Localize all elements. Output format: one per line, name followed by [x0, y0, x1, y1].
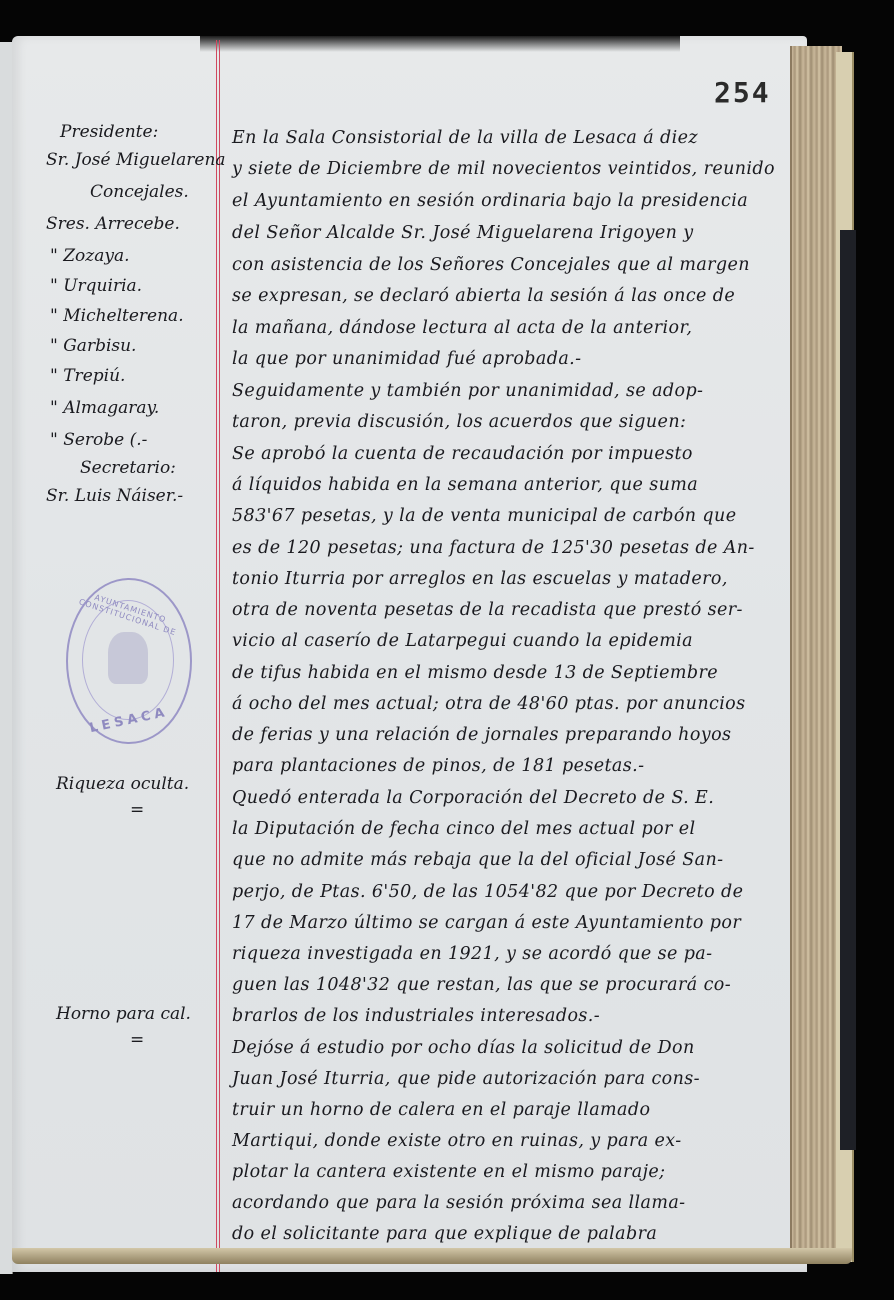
attendance-entry: Sres. Arrecebe.: [46, 214, 180, 234]
margin-note-mark: =: [130, 800, 144, 820]
attendance-entry: " Urquiria.: [50, 276, 142, 296]
margin-note-horno: Horno para cal.: [56, 1004, 191, 1024]
text-line: otra de noventa pesetas de la recadista …: [232, 600, 743, 620]
margin-rule-line-2: [219, 40, 220, 1272]
attendance-entry: Presidente:: [60, 122, 158, 142]
text-line: y siete de Diciembre de mil novecientos …: [232, 159, 775, 179]
text-line: para plantaciones de pinos, de 181 peset…: [232, 756, 644, 776]
page-curl-shadow: [200, 36, 680, 52]
margin-rule-line: [216, 40, 217, 1272]
margin-note-riqueza: Riqueza oculta.: [56, 774, 189, 794]
text-line: la Diputación de fecha cinco del mes act…: [232, 819, 695, 839]
text-line: la mañana, dándose lectura al acta de la…: [232, 318, 692, 338]
attendance-entry: " Zozaya.: [50, 246, 130, 266]
text-line: de ferias y una relación de jornales pre…: [232, 725, 731, 745]
text-line: 17 de Marzo último se cargan á este Ayun…: [232, 913, 741, 933]
stacked-page-edges: [790, 46, 842, 1254]
book-bottom-edge: [12, 1248, 852, 1264]
text-line: perjo, de Ptas. 6'50, de las 1054'82 que…: [232, 882, 743, 902]
attendance-entry: " Trepiú.: [50, 366, 125, 386]
attendance-entry: " Almagaray.: [50, 398, 159, 418]
coat-of-arms-icon: [108, 632, 148, 684]
attendance-entry: Sr. Luis Náiser.-: [46, 486, 183, 506]
text-line: el Ayuntamiento en sesión ordinaria bajo…: [232, 191, 748, 211]
text-line: que no admite más rebaja que la del ofic…: [232, 850, 723, 870]
text-line: á ocho del mes actual; otra de 48'60 pta…: [232, 694, 746, 714]
text-line: brarlos de los industriales interesados.…: [232, 1006, 600, 1026]
text-line: riqueza investigada en 1921, y se acordó…: [232, 944, 712, 964]
page-number: 254: [714, 76, 771, 109]
text-line: 583'67 pesetas, y la de venta municipal …: [232, 506, 736, 526]
text-line: Juan José Iturria, que pide autorización…: [232, 1069, 700, 1089]
book-spine-cloth: [840, 230, 856, 1150]
text-line: Martiqui, donde existe otro en ruinas, y…: [232, 1131, 682, 1151]
attendance-entry: " Serobe (.-: [50, 430, 147, 450]
text-line: la que por unanimidad fué aprobada.-: [232, 349, 581, 369]
text-line: Seguidamente y también por unanimidad, s…: [232, 381, 703, 401]
text-line: Dejóse á estudio por ocho días la solici…: [232, 1038, 695, 1058]
text-line: taron, previa discusión, los acuerdos qu…: [232, 412, 686, 432]
text-line: del Señor Alcalde Sr. José Miguelarena I…: [232, 223, 694, 243]
text-line: con asistencia de los Señores Concejales…: [232, 255, 750, 275]
text-line: se expresan, se declaró abierta la sesió…: [232, 286, 735, 306]
text-line: En la Sala Consistorial de la villa de L…: [232, 128, 698, 148]
text-line: guen las 1048'32 que restan, las que se …: [232, 975, 731, 995]
text-line: tonio Iturria por arreglos en las escuel…: [232, 569, 728, 589]
text-line: á líquidos habida en la semana anterior,…: [232, 475, 698, 495]
attendance-entry: Secretario:: [80, 458, 176, 478]
attendance-entry: " Garbisu.: [50, 336, 136, 356]
municipal-seal-stamp: AYUNTAMIENTO CONSTITUCIONAL DE LESACA: [66, 578, 192, 744]
margin-note-mark: =: [130, 1030, 144, 1050]
text-line: plotar la cantera existente en el mismo …: [232, 1162, 665, 1182]
text-line: truir un horno de calera en el paraje ll…: [232, 1100, 650, 1120]
text-line: vicio al caserío de Latarpegui cuando la…: [232, 631, 693, 651]
text-line: Se aprobó la cuenta de recaudación por i…: [232, 444, 693, 464]
attendance-entry: Sr. José Miguelarena: [46, 150, 226, 170]
attendance-entry: Concejales.: [90, 182, 189, 202]
text-line: de tifus habida en el mismo desde 13 de …: [232, 663, 718, 683]
text-line: Quedó enterada la Corporación del Decret…: [232, 788, 714, 808]
text-line: es de 120 pesetas; una factura de 125'30…: [232, 538, 755, 558]
attendance-entry: " Michelterena.: [50, 306, 184, 326]
text-line: acordando que para la sesión próxima sea…: [232, 1193, 685, 1213]
text-line: do el solicitante para que explique de p…: [232, 1224, 657, 1244]
